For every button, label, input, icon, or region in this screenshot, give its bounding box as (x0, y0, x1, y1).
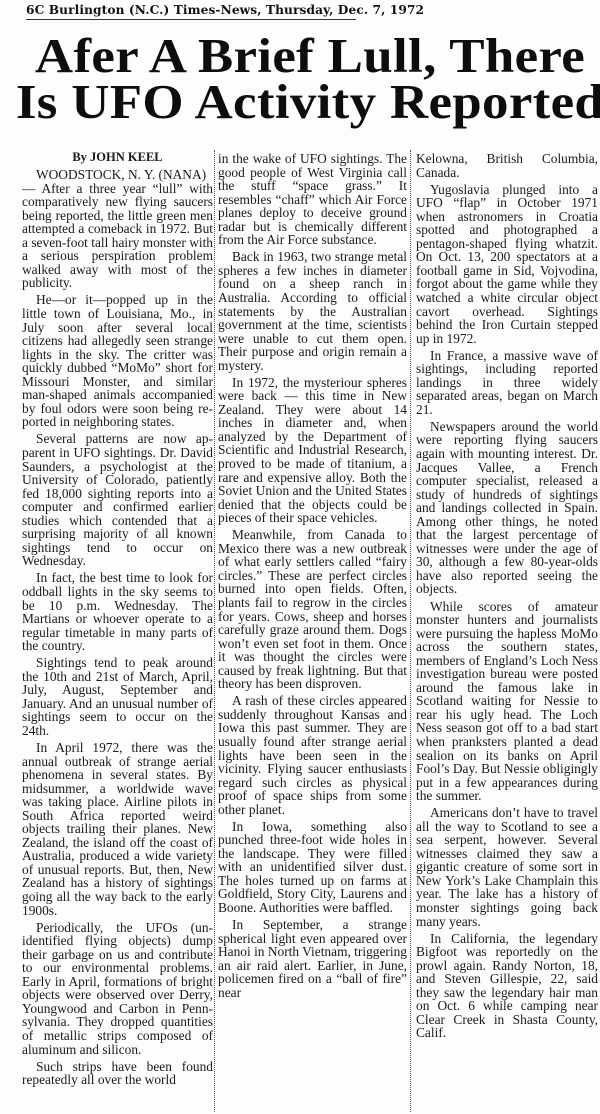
column-rule-2 (410, 150, 411, 1112)
article-paragraph: Several patterns are now ap­parent in UF… (22, 432, 213, 567)
article-paragraph: Sightings tend to peak around the 10th a… (22, 656, 213, 737)
article-paragraph: Americans don’t have to travel all the w… (416, 806, 598, 928)
newspaper-page: 6C Burlington (N.C.) Times-News, Thursda… (0, 0, 600, 1114)
article-paragraph: While scores of amateur monster hunters … (416, 600, 598, 803)
article-paragraph: Such strips have been found repeatedly a… (22, 1060, 213, 1087)
article-paragraph: A rash of these circles appeared suddenl… (218, 694, 407, 816)
headline: Afer A Brief Lull, There Is UFO Activity… (30, 33, 590, 125)
article-paragraph: In September, a strange spherical light … (218, 918, 407, 999)
byline: By JOHN KEEL (22, 151, 213, 165)
article-paragraph: — After a three year “lull” with compara… (22, 182, 213, 290)
article-column-2: in the wake of UFO sightings. The good p… (218, 152, 407, 1003)
headline-line-1: Afer A Brief Lull, There (8, 33, 600, 79)
article-column-3: Kelowna, British Columbia, Canada. Yugos… (416, 152, 598, 1044)
article-paragraph: In France, a massive wave of sightings, … (416, 349, 598, 417)
article-paragraph: Back in 1963, two strange metal spheres … (218, 250, 407, 372)
article-paragraph: In fact, the best time to look for oddba… (22, 571, 213, 652)
article-paragraph: In 1972, the mysteriour spheres were bac… (218, 376, 407, 525)
article-paragraph: In California, the legendary Bigfoot was… (416, 932, 598, 1040)
dateline: WOODSTOCK, N. Y. (NANA) (22, 168, 213, 182)
article-paragraph: Kelowna, British Columbia, Canada. (416, 152, 598, 179)
article-paragraph: He—or it—popped up in the little town of… (22, 293, 213, 428)
article-paragraph: Meanwhile, from Canada to Mexico there w… (218, 528, 407, 691)
article-paragraph: Newspapers around the world were reporti… (416, 420, 598, 596)
article-paragraph: In April 1972, there was the annual outb… (22, 741, 213, 917)
article-paragraph: In Iowa, something also punched three-fo… (218, 820, 407, 915)
page-folio: 6C Burlington (N.C.) Times-News, Thursda… (26, 3, 356, 20)
article-paragraph: in the wake of UFO sightings. The good p… (218, 152, 407, 247)
headline-line-2: Is UFO Activity Reported (8, 79, 600, 125)
article-column-1: By JOHN KEEL WOODSTOCK, N. Y. (NANA) — A… (22, 151, 213, 1090)
article-paragraph: Yugoslavia plunged into a UFO “flap” in … (416, 183, 598, 346)
column-rule-1 (214, 150, 215, 1112)
article-paragraph: Periodically, the UFOs (un­identified fl… (22, 921, 213, 1056)
